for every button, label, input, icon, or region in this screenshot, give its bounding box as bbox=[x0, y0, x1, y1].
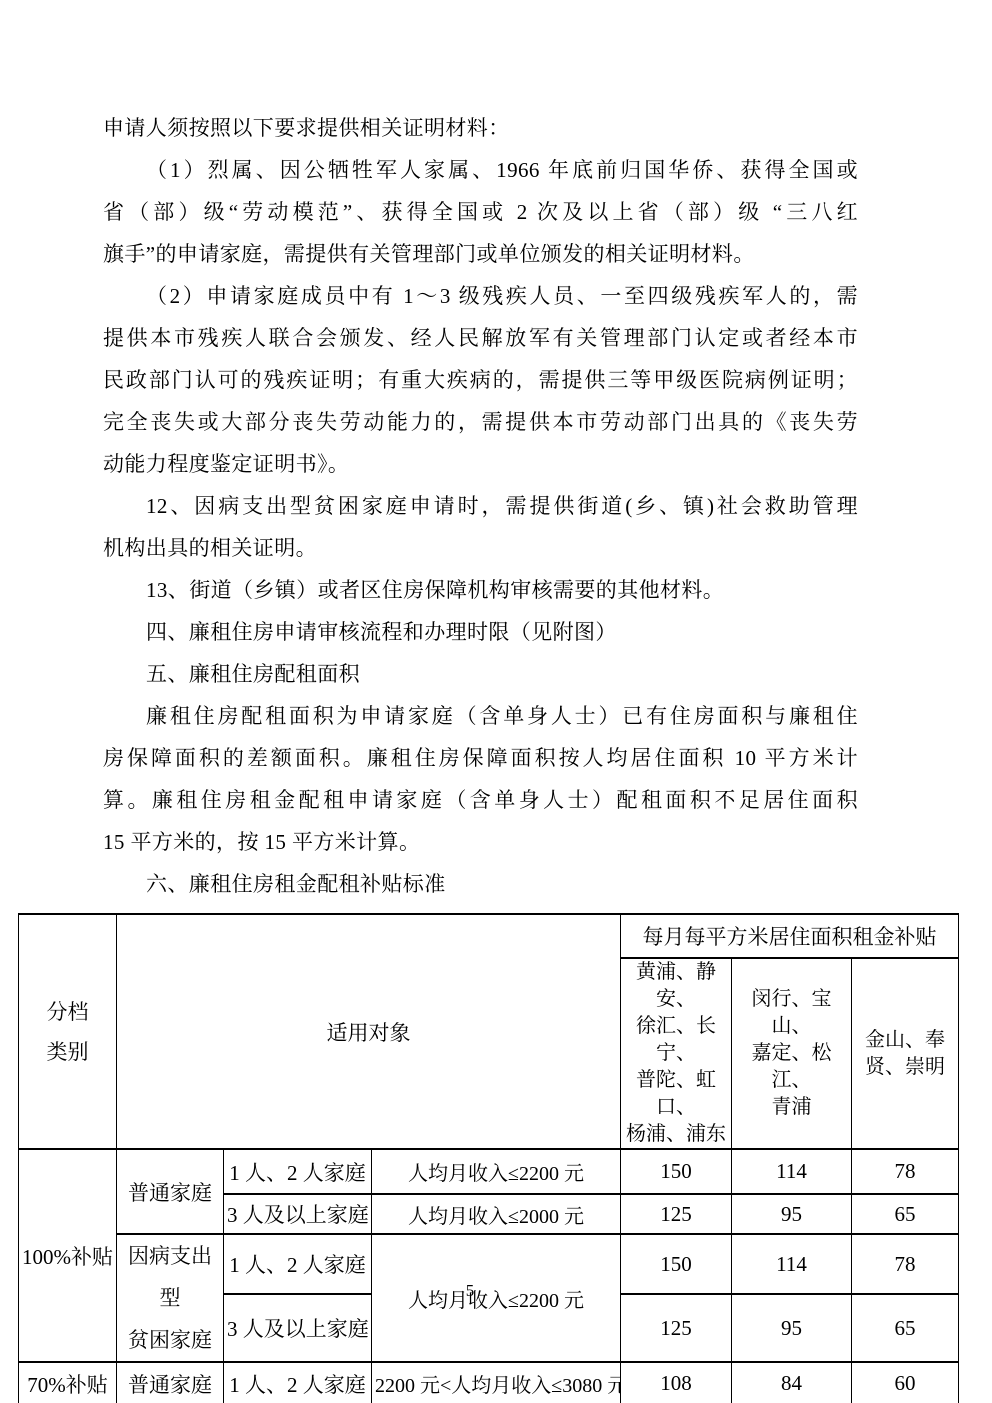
table-header-row: 分档 类别 适用对象 每月每平方米居住面积租金补贴 bbox=[19, 914, 959, 958]
cell-size: 1 人、2 人家庭 bbox=[224, 1362, 372, 1403]
subsidy-table: 分档 类别 适用对象 每月每平方米居住面积租金补贴 黄浦、静安、 徐汇、长宁、 … bbox=[18, 913, 959, 1403]
paragraph: 廉租住房配租面积为申请家庭（含单身人士）已有住房面积与廉租住 房保障面积的差额面… bbox=[103, 695, 858, 863]
cell-value: 125 bbox=[621, 1194, 732, 1234]
cell-tier: 100%补贴 bbox=[19, 1149, 117, 1362]
text-line: 动能力程度鉴定证明书》。 bbox=[103, 443, 858, 485]
paragraph: 五、廉租住房配租面积 bbox=[103, 653, 858, 695]
cell-family: 普通家庭 bbox=[117, 1362, 224, 1403]
paragraph: 13、街道（乡镇）或者区住房保障机构审核需要的其他材料。 bbox=[103, 569, 858, 611]
header-districts-suburb: 闵行、宝山、 嘉定、松江、 青浦 bbox=[732, 958, 852, 1149]
cell-value: 150 bbox=[621, 1149, 732, 1194]
text-line: 旗手”的申请家庭，需提供有关管理部门或单位颁发的相关证明材料。 bbox=[103, 233, 858, 275]
text-line: 算。廉租住房租金配租申请家庭（含单身人士）配租面积不足居住面积 bbox=[103, 779, 858, 821]
header-subsidy-title: 每月每平方米居住面积租金补贴 bbox=[621, 914, 959, 958]
page-number: 5 bbox=[0, 1281, 940, 1301]
cell-value: 95 bbox=[732, 1294, 852, 1362]
text-line: 申请人须按照以下要求提供相关证明材料： bbox=[103, 107, 858, 149]
text-line: 机构出具的相关证明。 bbox=[103, 527, 858, 569]
paragraph: 六、廉租住房租金配租补贴标准 bbox=[103, 863, 858, 905]
cell-income: 人均月收入≤2200 元 bbox=[372, 1149, 621, 1194]
document-page: 申请人须按照以下要求提供相关证明材料： （1）烈属、因公牺牲军人家属、1966 … bbox=[0, 0, 992, 1403]
paragraph: 申请人须按照以下要求提供相关证明材料： bbox=[103, 107, 858, 149]
table-row: 70%补贴 普通家庭 1 人、2 人家庭 2200 元<人均月收入≤3080 元… bbox=[19, 1362, 959, 1403]
cell-size: 1 人、2 人家庭 bbox=[224, 1149, 372, 1194]
text-line: 民政部门认可的残疾证明；有重大疾病的，需提供三等甲级医院病例证明； bbox=[103, 359, 858, 401]
cell-value: 65 bbox=[852, 1294, 959, 1362]
paragraph: 12、因病支出型贫困家庭申请时，需提供街道(乡、镇)社会救助管理 机构出具的相关… bbox=[103, 485, 858, 569]
text-line: 提供本市残疾人联合会颁发、经人民解放军有关管理部门认定或者经本市 bbox=[103, 317, 858, 359]
cell-family: 普通家庭 bbox=[117, 1149, 224, 1234]
cell-value: 78 bbox=[852, 1149, 959, 1194]
text-line: 四、廉租住房申请审核流程和办理时限（见附图） bbox=[103, 611, 858, 653]
text-line: 五、廉租住房配租面积 bbox=[103, 653, 858, 695]
cell-value: 84 bbox=[732, 1362, 852, 1403]
cell-value: 60 bbox=[852, 1362, 959, 1403]
text-line: 13、街道（乡镇）或者区住房保障机构审核需要的其他材料。 bbox=[103, 569, 858, 611]
cell-value: 95 bbox=[732, 1194, 852, 1234]
paragraph: （1）烈属、因公牺牲军人家属、1966 年底前归国华侨、获得全国或 省（部）级“… bbox=[103, 149, 858, 275]
cell-income: 人均月收入≤2000 元 bbox=[372, 1194, 621, 1234]
cell-size: 3 人及以上家庭 bbox=[224, 1294, 372, 1362]
cell-tier: 70%补贴 bbox=[19, 1362, 117, 1403]
cell-value: 125 bbox=[621, 1294, 732, 1362]
cell-value: 108 bbox=[621, 1362, 732, 1403]
text-line: （2）申请家庭成员中有 1～3 级残疾人员、一至四级残疾军人的，需 bbox=[103, 275, 858, 317]
body-text: 申请人须按照以下要求提供相关证明材料： （1）烈属、因公牺牲军人家属、1966 … bbox=[103, 107, 858, 905]
text-line: 12、因病支出型贫困家庭申请时，需提供街道(乡、镇)社会救助管理 bbox=[103, 485, 858, 527]
text-line: 完全丧失或大部分丧失劳动能力的，需提供本市劳动部门出具的《丧失劳 bbox=[103, 401, 858, 443]
text-line: 房保障面积的差额面积。廉租住房保障面积按人均居住面积 10 平方米计 bbox=[103, 737, 858, 779]
text-line: （1）烈属、因公牺牲军人家属、1966 年底前归国华侨、获得全国或 bbox=[103, 149, 858, 191]
header-districts-outer: 金山、奉 贤、崇明 bbox=[852, 958, 959, 1149]
header-districts-central: 黄浦、静安、 徐汇、长宁、 普陀、虹口、 杨浦、浦东 bbox=[621, 958, 732, 1149]
paragraph: 四、廉租住房申请审核流程和办理时限（见附图） bbox=[103, 611, 858, 653]
text-line: 六、廉租住房租金配租补贴标准 bbox=[103, 863, 858, 905]
cell-value: 114 bbox=[732, 1149, 852, 1194]
header-target: 适用对象 bbox=[117, 914, 621, 1149]
text-line: 15 平方米的，按 15 平方米计算。 bbox=[103, 821, 858, 863]
paragraph: （2）申请家庭成员中有 1～3 级残疾人员、一至四级残疾军人的，需 提供本市残疾… bbox=[103, 275, 858, 485]
header-category: 分档 类别 bbox=[19, 914, 117, 1149]
table-row: 100%补贴 普通家庭 1 人、2 人家庭 人均月收入≤2200 元 150 1… bbox=[19, 1149, 959, 1194]
cell-size: 3 人及以上家庭 bbox=[224, 1194, 372, 1234]
cell-income: 2200 元<人均月收入≤3080 元 bbox=[372, 1362, 621, 1403]
cell-value: 65 bbox=[852, 1194, 959, 1234]
text-line: 省（部）级“劳动模范”、获得全国或 2 次及以上省（部）级 “三八红 bbox=[103, 191, 858, 233]
text-line: 廉租住房配租面积为申请家庭（含单身人士）已有住房面积与廉租住 bbox=[103, 695, 858, 737]
